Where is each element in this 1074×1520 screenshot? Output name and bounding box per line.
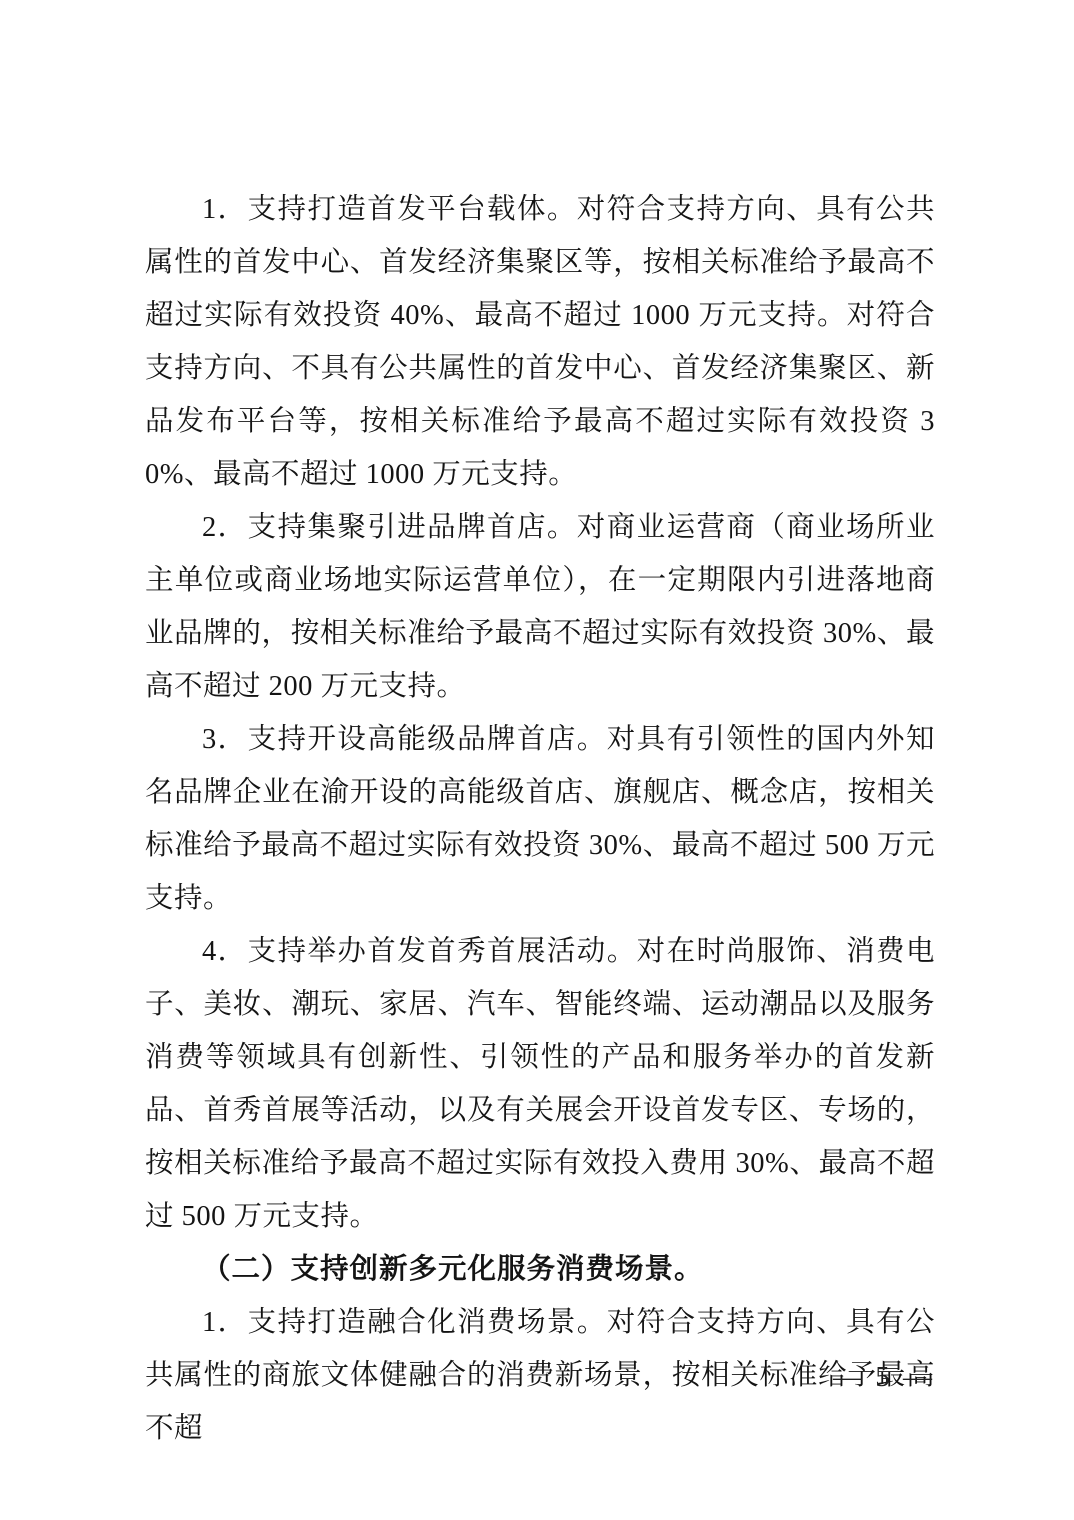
paragraph-integrated-consumption-scene: 1．支持打造融合化消费场景。对符合支持方向、具有公共属性的商旅文体健融合的消费新…	[145, 1296, 935, 1455]
paragraph-first-launch-events: 4．支持举办首发首秀首展活动。对在时尚服饰、消费电子、美妆、潮玩、家居、汽车、智…	[145, 925, 935, 1243]
paragraph-first-launch-platform: 1．支持打造首发平台载体。对符合支持方向、具有公共属性的首发中心、首发经济集聚区…	[145, 183, 935, 501]
document-body: 1．支持打造首发平台载体。对符合支持方向、具有公共属性的首发中心、首发经济集聚区…	[145, 183, 935, 1455]
document-page: 1．支持打造首发平台载体。对符合支持方向、具有公共属性的首发中心、首发经济集聚区…	[0, 0, 1074, 1520]
section-heading-diversified-service-consumption: （二）支持创新多元化服务消费场景。	[145, 1243, 935, 1296]
paragraph-brand-first-store-cluster: 2．支持集聚引进品牌首店。对商业运营商（商业场所业主单位或商业场地实际运营单位）…	[145, 501, 935, 713]
page-number: — 5 —	[833, 1360, 935, 1394]
paragraph-high-level-brand-store: 3．支持开设高能级品牌首店。对具有引领性的国内外知名品牌企业在渝开设的高能级首店…	[145, 713, 935, 925]
